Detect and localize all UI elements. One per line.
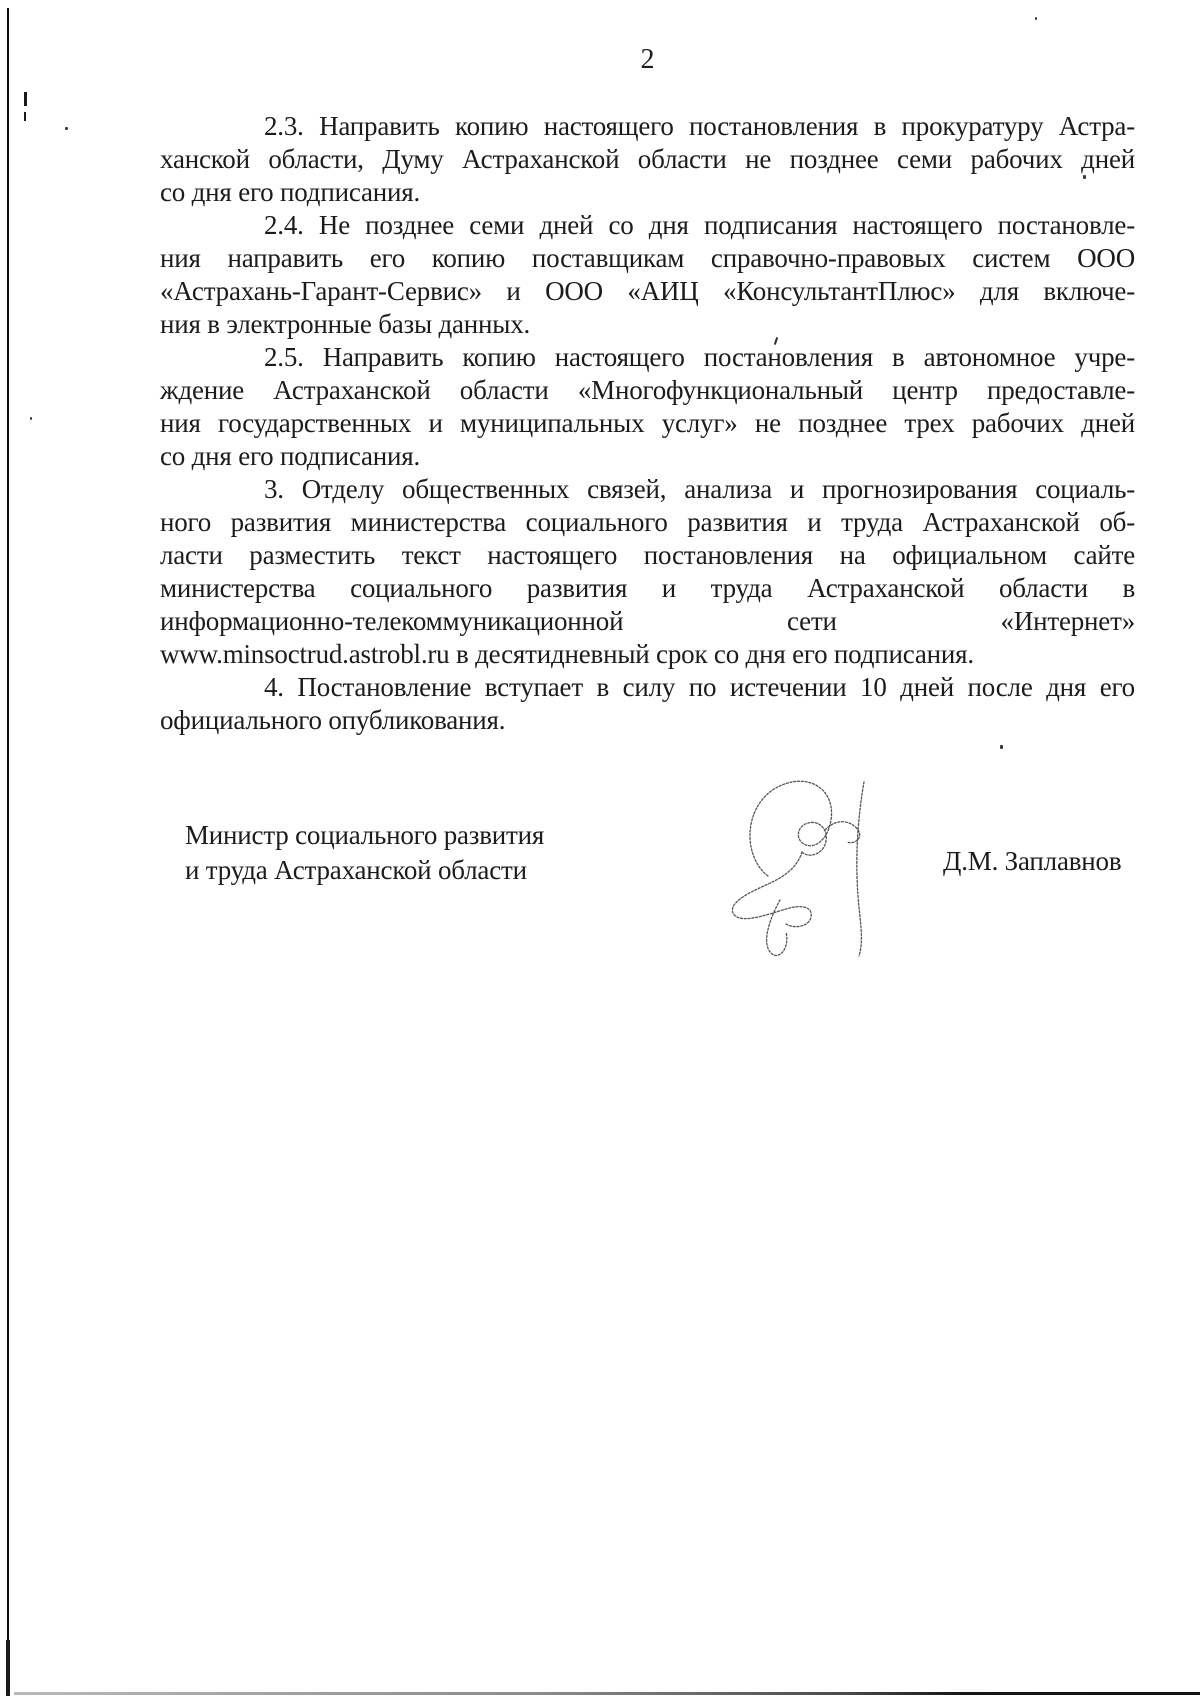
scan-speck [1035, 17, 1037, 20]
signatory-name: Д.М. Заплавнов [943, 845, 1121, 878]
text-line: ния в электронные базы данных. [160, 308, 1135, 341]
text-line: www.minsoctrud.astrobl.ru в десятидневны… [160, 638, 1135, 671]
scan-speck [65, 127, 68, 130]
text-line: министерства социального развития и труд… [160, 572, 1135, 605]
text-line: ждение Астраханской области «Многофункци… [160, 374, 1135, 407]
scan-artifact [6, 1640, 10, 1696]
text-line: ния государственных и муниципальных услу… [160, 407, 1135, 440]
document-body: 2.3. Направить копию настоящего постанов… [160, 110, 1135, 737]
signatory-title-line2: и труда Астраханской области [185, 853, 544, 888]
scan-artifact [24, 112, 26, 121]
text-line: официального опубликования. [160, 704, 1135, 737]
signatory-title-line1: Министр социального развития [185, 818, 544, 853]
text-line: информационно-телекоммуникационной сети … [160, 605, 1135, 638]
scan-speck [1000, 745, 1003, 749]
text-line: со дня его подписания. [160, 176, 1135, 209]
text-line: ного развития министерства социального р… [160, 506, 1135, 539]
handwritten-signature [718, 776, 878, 960]
scan-bottom-edge-line [14, 1692, 1200, 1695]
signatory-title: Министр социального развития и труда Аст… [185, 818, 544, 888]
text-line: со дня его подписания. [160, 440, 1135, 473]
page-number: 2 [160, 44, 1135, 76]
scan-speck [30, 417, 32, 420]
text-line: ханской области, Думу Астраханской облас… [160, 143, 1135, 176]
text-line: ния направить его копию поставщикам спра… [160, 242, 1135, 275]
scanned-document-page: 2 2.3. Направить копию настоящего постан… [0, 0, 1200, 1696]
text-line: 2.3. Направить копию настоящего постанов… [160, 110, 1135, 143]
scan-left-edge-line [7, 8, 9, 1696]
text-line: 2.4. Не позднее семи дней со дня подписа… [160, 209, 1135, 242]
text-line: «Астрахань-Гарант-Сервис» и ООО «АИЦ «Ко… [160, 275, 1135, 308]
text-line: 2.5. Направить копию настоящего постанов… [160, 341, 1135, 374]
text-line: ласти разместить текст настоящего постан… [160, 539, 1135, 572]
text-line: 4. Постановление вступает в силу по исте… [160, 671, 1135, 704]
text-line: 3. Отделу общественных связей, анализа и… [160, 473, 1135, 506]
scan-artifact [24, 92, 27, 106]
